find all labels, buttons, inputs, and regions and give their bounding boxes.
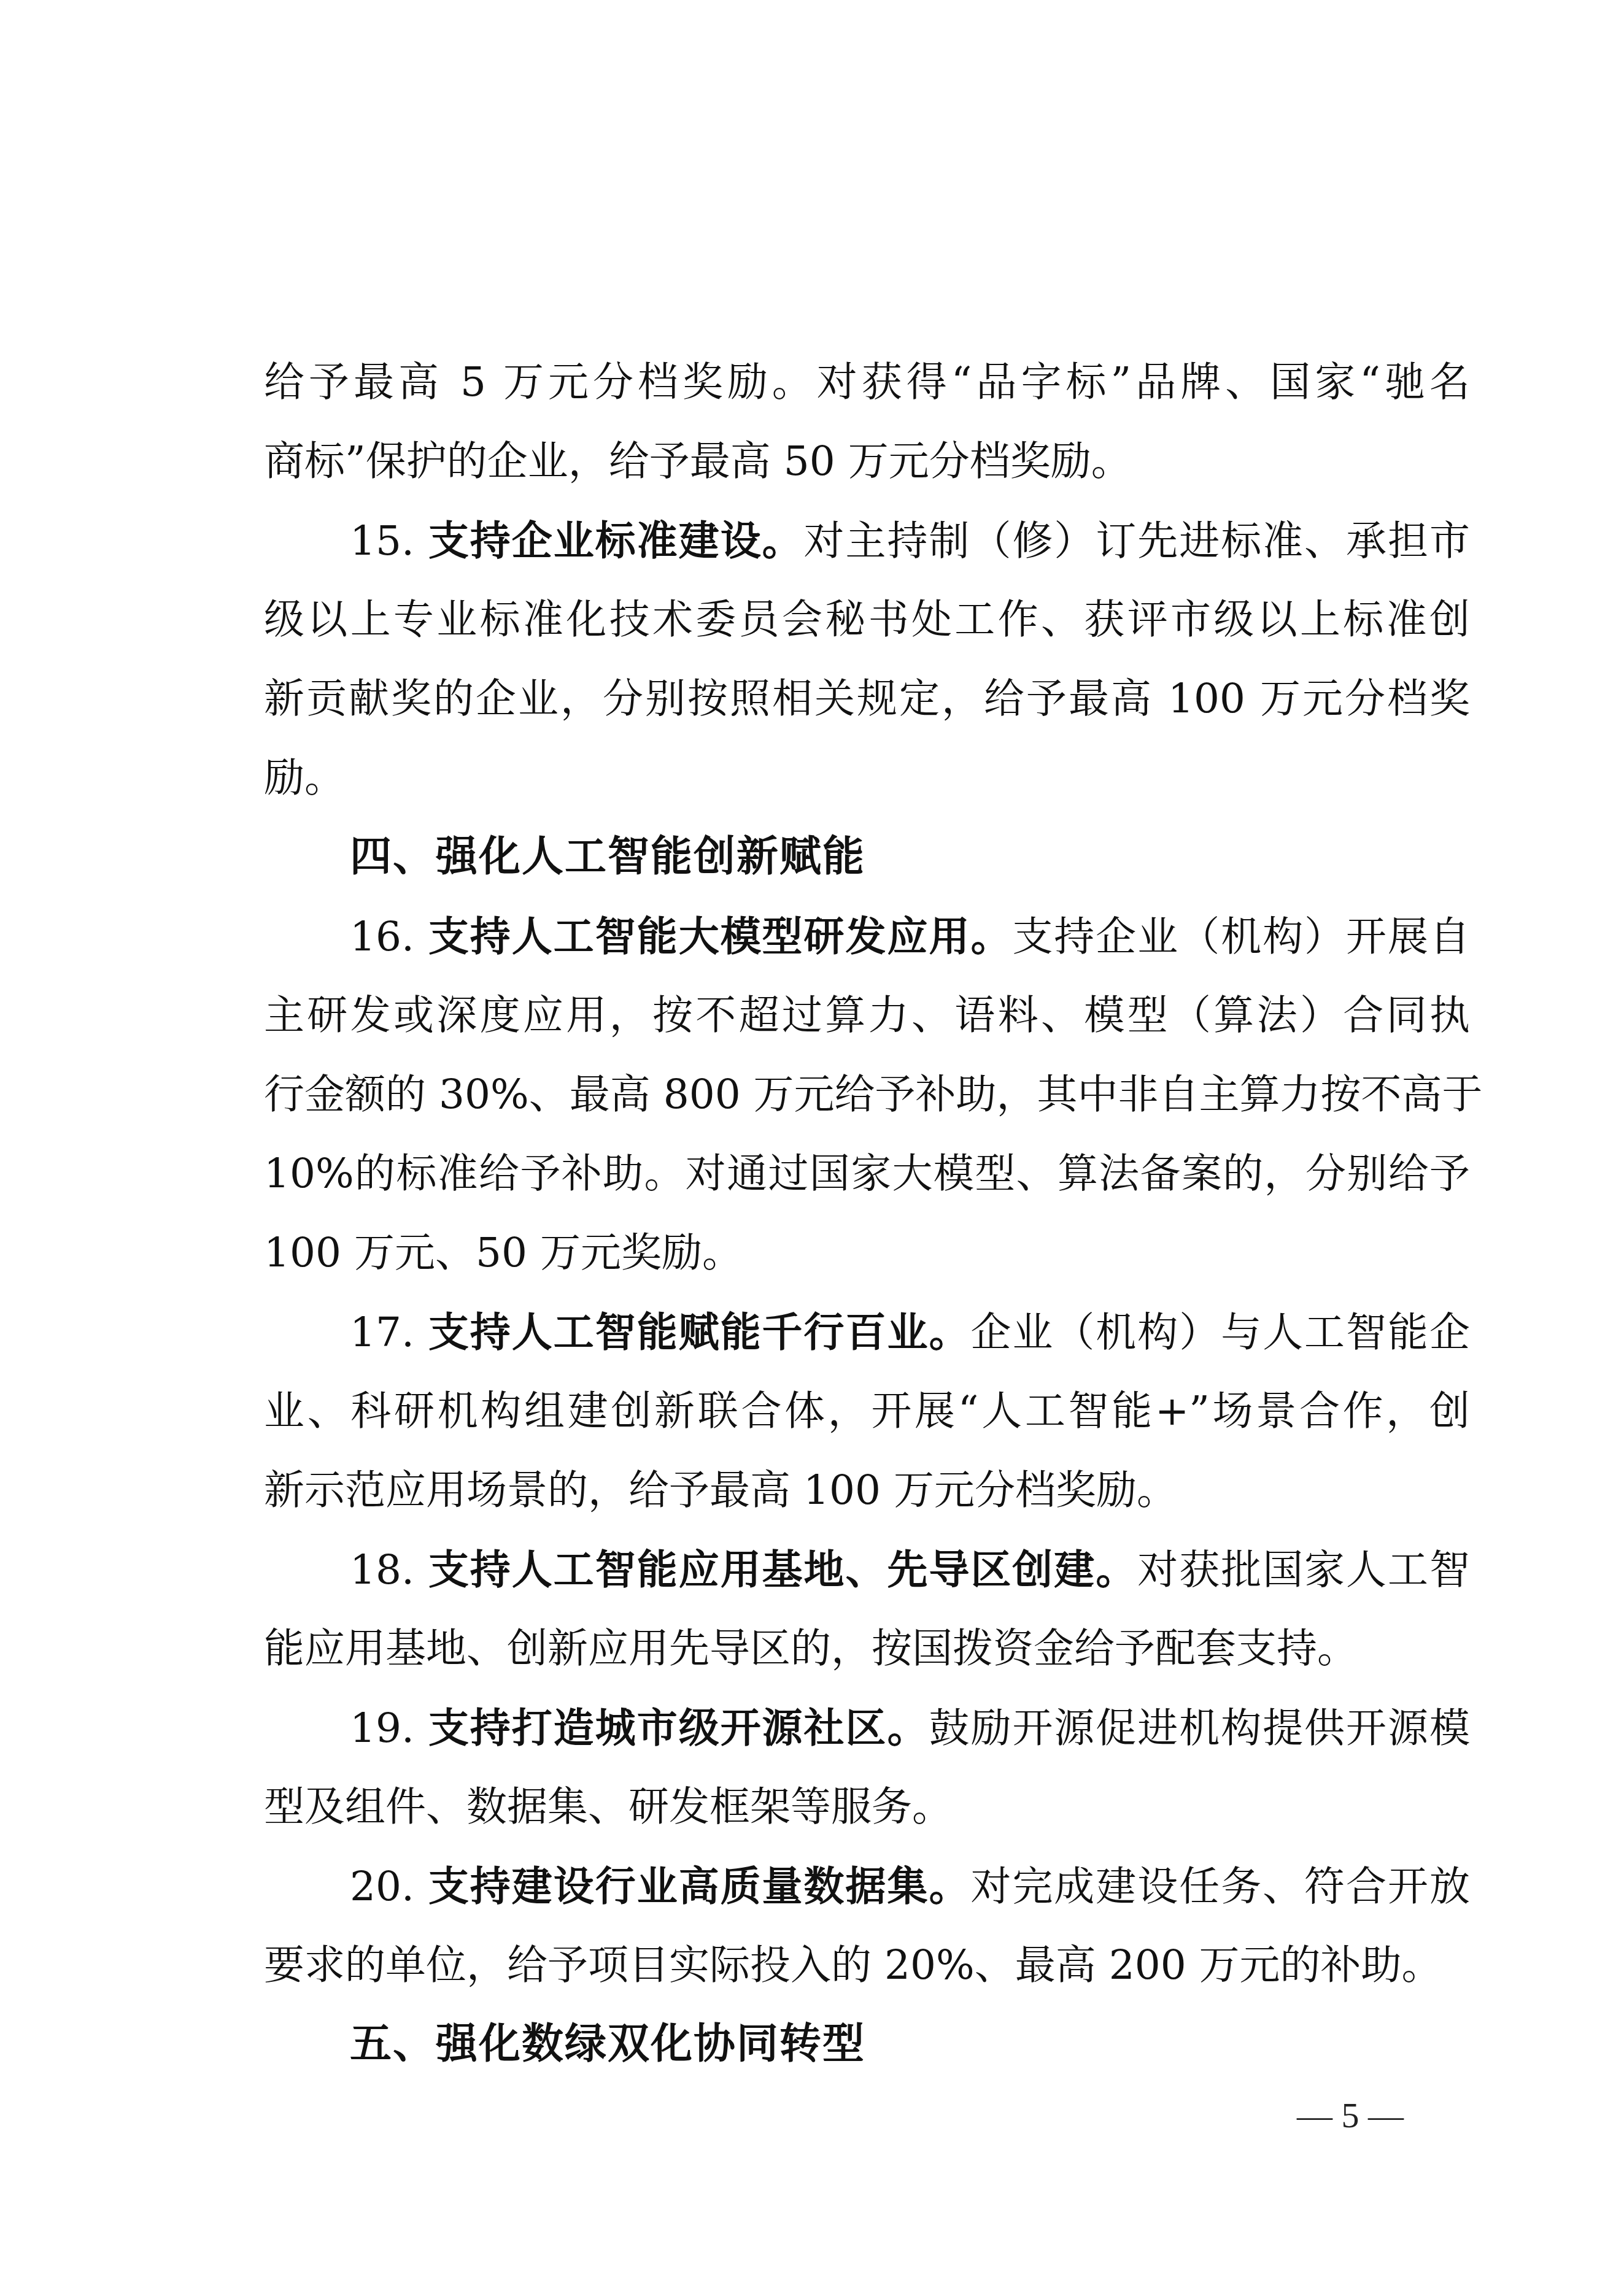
item-number: 19.	[350, 1705, 428, 1752]
item-text: 鼓励开源促进机构提供开源模	[929, 1705, 1470, 1752]
text-line: 商标”保护的企业，给予最高 50 万元分档奖励。	[264, 428, 1470, 507]
text-line: 新示范应用场景的，给予最高 100 万元分档奖励。	[264, 1457, 1470, 1536]
text-line: 级以上专业标准化技术委员会秘书处工作、获评市级以上标准创	[264, 586, 1470, 665]
item-number: 15.	[350, 517, 428, 564]
item-number: 16.	[350, 913, 428, 960]
item-number: 18.	[350, 1546, 428, 1593]
document-body: 给予最高 5 万元分档奖励。对获得“品字标”品牌、国家“驰名 商标”保护的企业，…	[264, 349, 1470, 2090]
text-line: 行金额的 30%、最高 800 万元给予补助，其中非自主算力按不高于	[264, 1061, 1470, 1140]
item-text: 对主持制（修）订先进标准、承担市	[804, 517, 1470, 564]
item-text: 对完成建设任务、符合开放	[970, 1863, 1470, 1910]
text-line: 10%的标准给予补助。对通过国家大模型、算法备案的，分别给予	[264, 1140, 1470, 1219]
item-title: 支持打造城市级开源社区。	[428, 1704, 929, 1752]
item-text: 企业（机构）与人工智能企	[970, 1309, 1470, 1356]
section-heading-4: 四、强化人工智能创新赋能	[264, 823, 1470, 903]
item-title: 支持企业标准建设。	[428, 517, 804, 564]
item-15-line: 15. 支持企业标准建设。对主持制（修）订先进标准、承担市	[264, 507, 1470, 586]
text-line: 100 万元、50 万元奖励。	[264, 1219, 1470, 1298]
item-19-line: 19. 支持打造城市级开源社区。鼓励开源促进机构提供开源模	[264, 1694, 1470, 1773]
text-line: 给予最高 5 万元分档奖励。对获得“品字标”品牌、国家“驰名	[264, 349, 1470, 428]
item-title: 支持人工智能应用基地、先导区创建。	[428, 1546, 1137, 1593]
document-page: 给予最高 5 万元分档奖励。对获得“品字标”品牌、国家“驰名 商标”保护的企业，…	[0, 0, 1624, 2296]
item-title: 支持建设行业高质量数据集。	[428, 1862, 971, 1910]
text-line: 要求的单位，给予项目实际投入的 20%、最高 200 万元的补助。	[264, 1932, 1470, 2011]
text-line: 能应用基地、创新应用先导区的，按国拨资金给予配套支持。	[264, 1615, 1470, 1694]
item-17-line: 17. 支持人工智能赋能千行百业。企业（机构）与人工智能企	[264, 1298, 1470, 1377]
text-line: 型及组件、数据集、研发框架等服务。	[264, 1773, 1470, 1852]
section-heading-5: 五、强化数绿双化协同转型	[264, 2011, 1470, 2090]
item-20-line: 20. 支持建设行业高质量数据集。对完成建设任务、符合开放	[264, 1852, 1470, 1932]
text-line: 励。	[264, 744, 1470, 823]
page-number: — 5 —	[1270, 2091, 1430, 2140]
text-line: 主研发或深度应用，按不超过算力、语料、模型（算法）合同执	[264, 982, 1470, 1061]
item-title: 支持人工智能大模型研发应用。	[428, 912, 1012, 960]
item-title: 支持人工智能赋能千行百业。	[428, 1308, 971, 1356]
text-line: 业、科研机构组建创新联合体，开展“人工智能+”场景合作，创	[264, 1377, 1470, 1457]
item-18-line: 18. 支持人工智能应用基地、先导区创建。对获批国家人工智	[264, 1536, 1470, 1615]
item-number: 20.	[350, 1863, 428, 1910]
text-line: 新贡献奖的企业，分别按照相关规定，给予最高 100 万元分档奖	[264, 665, 1470, 744]
item-number: 17.	[350, 1309, 428, 1356]
item-text: 对获批国家人工智	[1137, 1546, 1470, 1593]
item-16-line: 16. 支持人工智能大模型研发应用。支持企业（机构）开展自	[264, 903, 1470, 982]
item-text: 支持企业（机构）开展自	[1012, 913, 1470, 960]
